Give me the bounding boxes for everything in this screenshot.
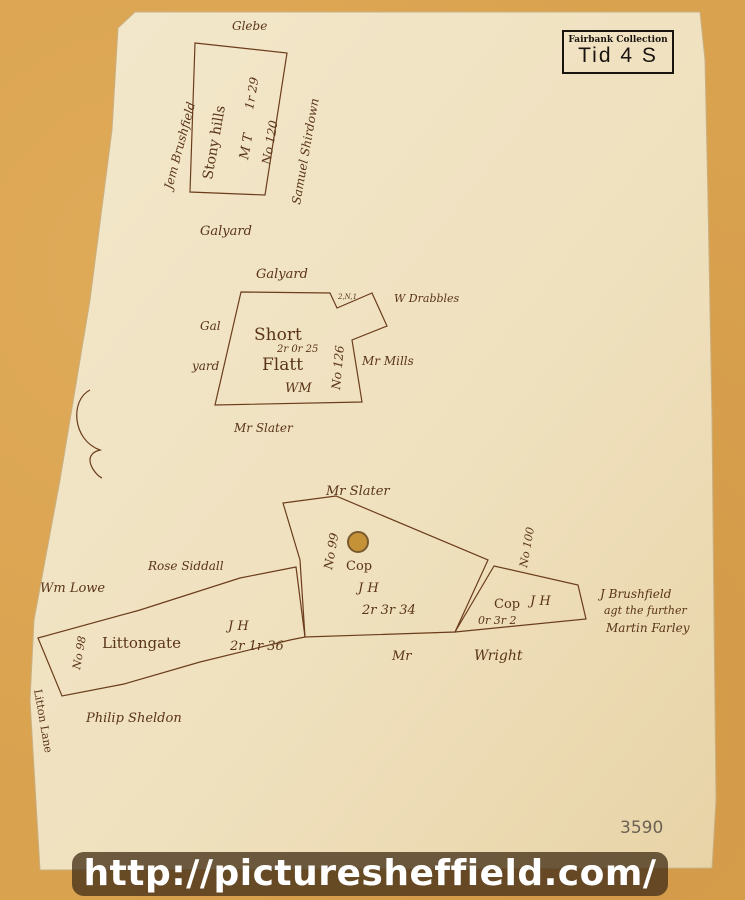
pencil-number: 3590 xyxy=(620,818,663,838)
label-w-drabbles: W Drabbles xyxy=(394,292,460,305)
littongate-area: 2r 1r 36 xyxy=(229,639,284,654)
label-wm-lowe: Wm Lowe xyxy=(40,581,105,596)
label-rose-siddall: Rose Siddall xyxy=(147,559,224,573)
paper-hole xyxy=(348,532,368,552)
label-mr: Mr xyxy=(391,649,412,664)
label-mr-mills: Mr Mills xyxy=(361,354,414,368)
field-name-littongate: Littongate xyxy=(102,634,181,652)
label-glebe: Glebe xyxy=(232,19,267,33)
label-wright: Wright xyxy=(474,648,523,664)
label-yard: yard xyxy=(191,359,220,373)
label-galyard-2: Galyard xyxy=(256,267,308,282)
field-name-cop-1: Cop xyxy=(346,559,372,574)
label-agt-further: agt the further xyxy=(604,604,687,617)
label-philip-sheldon: Philip Sheldon xyxy=(85,711,182,726)
cop-small-owner: J H xyxy=(527,594,551,609)
label-galyard-1: Galyard xyxy=(200,224,252,239)
paper-sheet xyxy=(30,12,716,870)
collection-stamp: Fairbank Collection Tid 4 S xyxy=(562,30,674,74)
stamp-reference: Tid 4 S xyxy=(564,45,672,67)
short-flatt-owner: WM xyxy=(285,381,312,396)
field-name-short: Short xyxy=(254,325,302,345)
label-gal: Gal xyxy=(200,319,221,333)
label-j-brushfield: J Brushfield xyxy=(597,587,672,601)
cop-large-area: 2r 3r 34 xyxy=(361,603,416,618)
cop-small-area: 0r 3r 2 xyxy=(478,614,517,627)
field-name-cop-2: Cop xyxy=(494,597,520,612)
littongate-owner: J H xyxy=(225,619,249,634)
short-flatt-area: 2r 0r 25 xyxy=(276,344,318,355)
watermark-url[interactable]: http://picturesheffield.com/ xyxy=(72,852,668,896)
cop-large-owner: J H xyxy=(355,581,379,596)
label-mr-slater-1: Mr Slater xyxy=(233,421,294,435)
field-name-flatt: Flatt xyxy=(262,355,303,375)
map-sheet: Glebe Stony hills M T No 120 1r 29 Jem B… xyxy=(0,0,745,900)
small-plot: 2,N,1 xyxy=(337,293,357,301)
label-mr-slater-2: Mr Slater xyxy=(325,484,390,499)
label-martin-farley: Martin Farley xyxy=(605,621,690,635)
